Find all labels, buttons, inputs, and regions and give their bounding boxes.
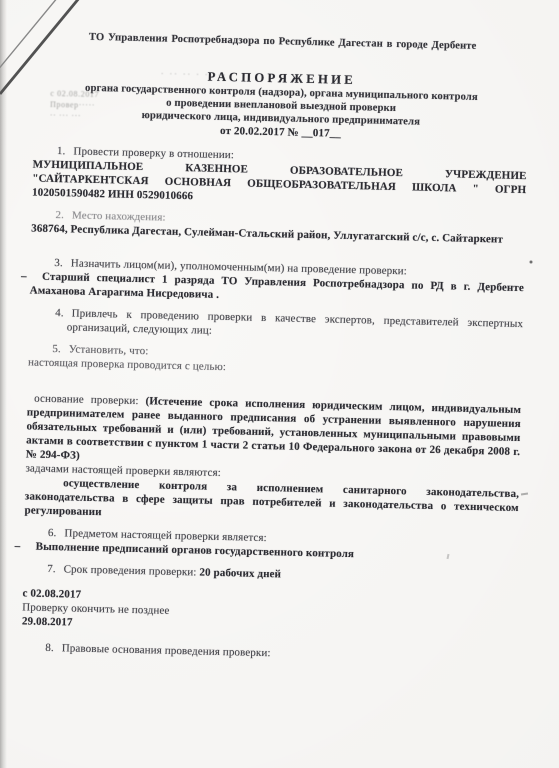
list-dash: – bbox=[21, 269, 27, 283]
issuing-authority: ТО Управления Роспотребнадзора по Респуб… bbox=[36, 30, 530, 56]
section-number: 4. bbox=[55, 307, 72, 319]
section-number: 8. bbox=[45, 642, 62, 654]
section-7-heading: 7.Срок проведения проверки: 20 рабочих д… bbox=[23, 561, 517, 587]
document-content: · ·· ·· · · ··· с 02.08.2017 Провер·····… bbox=[21, 24, 530, 666]
section-number: 3. bbox=[54, 257, 71, 269]
section-heading-text: Привлечь к проведению проверки в качеств… bbox=[67, 307, 523, 336]
scan-speck bbox=[521, 493, 528, 496]
section-heading-text: Срок проведения проверки: bbox=[64, 563, 200, 578]
section-heading-text: Правовые основания проведения проверки: bbox=[62, 642, 271, 659]
section-number: 2. bbox=[55, 209, 72, 221]
basis-label: основание проверки: bbox=[34, 393, 146, 408]
section-heading-text: Установить, что: bbox=[69, 343, 149, 357]
section-heading-text: Место нахождения: bbox=[72, 209, 166, 223]
bleed-through-annotations: · ·· ·· · · ··· с 02.08.2017 Провер·····… bbox=[50, 88, 171, 124]
inspection-basis: основание проверки: (Истечение срока исп… bbox=[26, 391, 522, 473]
list-dash: – bbox=[15, 539, 21, 553]
inspection-duration: 20 рабочих дней bbox=[199, 567, 281, 581]
section-8-heading: 8.Правовые основания проведения проверки… bbox=[21, 640, 515, 666]
scanned-document-page: · ·· ·· · · ··· с 02.08.2017 Провер·····… bbox=[0, 0, 559, 768]
section-4-heading: 4.Привлечь к проведению проверки в качес… bbox=[29, 305, 524, 345]
section-number: 7. bbox=[47, 563, 64, 575]
scan-speck bbox=[529, 260, 533, 264]
section-number: 1. bbox=[57, 145, 74, 157]
section-number: 6. bbox=[48, 527, 65, 539]
section-number: 5. bbox=[52, 343, 69, 355]
